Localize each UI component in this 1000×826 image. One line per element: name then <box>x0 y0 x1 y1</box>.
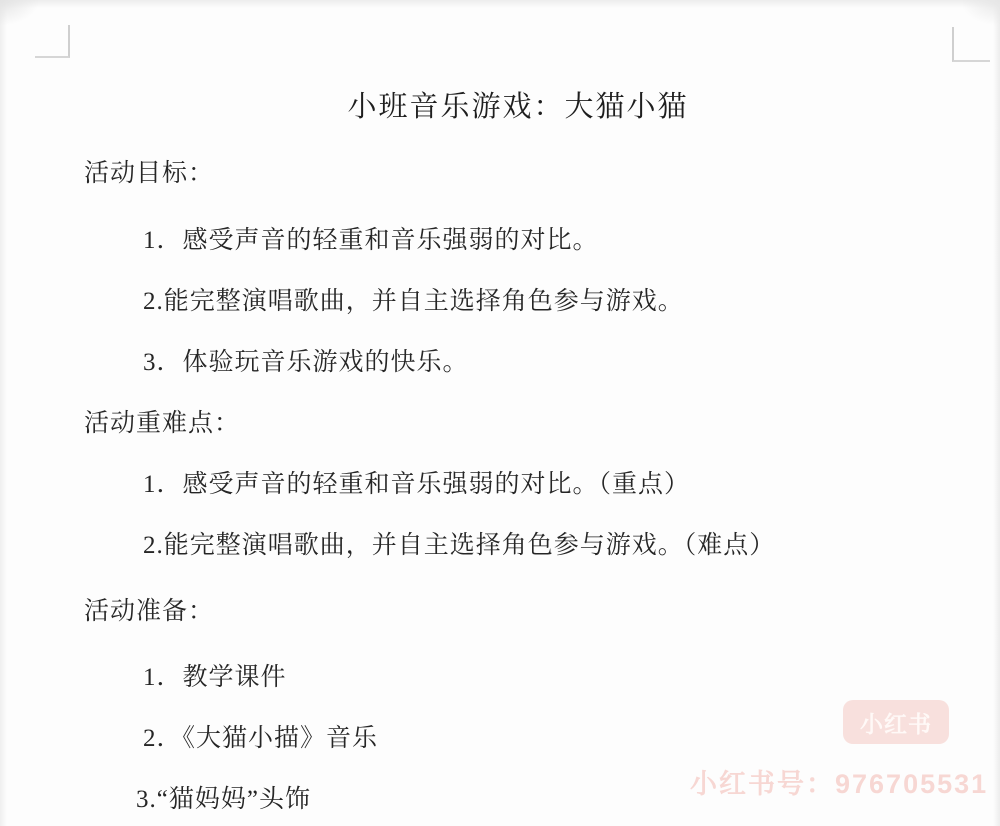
list-item: 2.能完整演唱歌曲，并自主选择角色参与游戏。 <box>143 281 684 317</box>
section-heading-goals: 活动目标： <box>84 153 214 189</box>
page-title: 小班音乐游戏：大猫小猫 <box>84 84 952 125</box>
margin-crop-mark-top-right-icon <box>952 27 990 62</box>
list-item: 3.“猫妈妈”头饰 <box>136 779 311 815</box>
list-item: 2.能完整演唱歌曲，并自主选择角色参与游戏。（难点） <box>143 525 775 561</box>
list-item: 1．感受声音的轻重和音乐强弱的对比。 <box>143 220 599 256</box>
page-corner-shade-top-right <box>960 0 1000 26</box>
page-corner-shade-top-left <box>0 0 40 26</box>
page-edge-right <box>993 0 1000 826</box>
list-item: 3．体验玩音乐游戏的快乐。 <box>143 342 469 378</box>
section-heading-preparation: 活动准备： <box>84 591 214 627</box>
margin-crop-mark-top-left-icon <box>35 25 70 58</box>
section-heading-key-points: 活动重难点： <box>84 403 240 439</box>
xiaohongshu-logo-label: 小红书 <box>860 706 932 739</box>
list-item: 1．感受声音的轻重和音乐强弱的对比。（重点） <box>143 464 690 500</box>
document-page: { "page": { "title": "小班音乐游戏：大猫小猫", "sec… <box>0 0 1000 826</box>
list-item: 2．《大猫小描》音乐 <box>143 718 378 754</box>
page-edge-left <box>0 0 7 826</box>
xiaohongshu-watermark-badge: 小红书 <box>843 700 949 744</box>
list-item: 1．教学课件 <box>143 657 287 693</box>
page-edge-top <box>0 0 1000 8</box>
xiaohongshu-account-watermark: 小红书号：976705531 <box>690 762 988 801</box>
